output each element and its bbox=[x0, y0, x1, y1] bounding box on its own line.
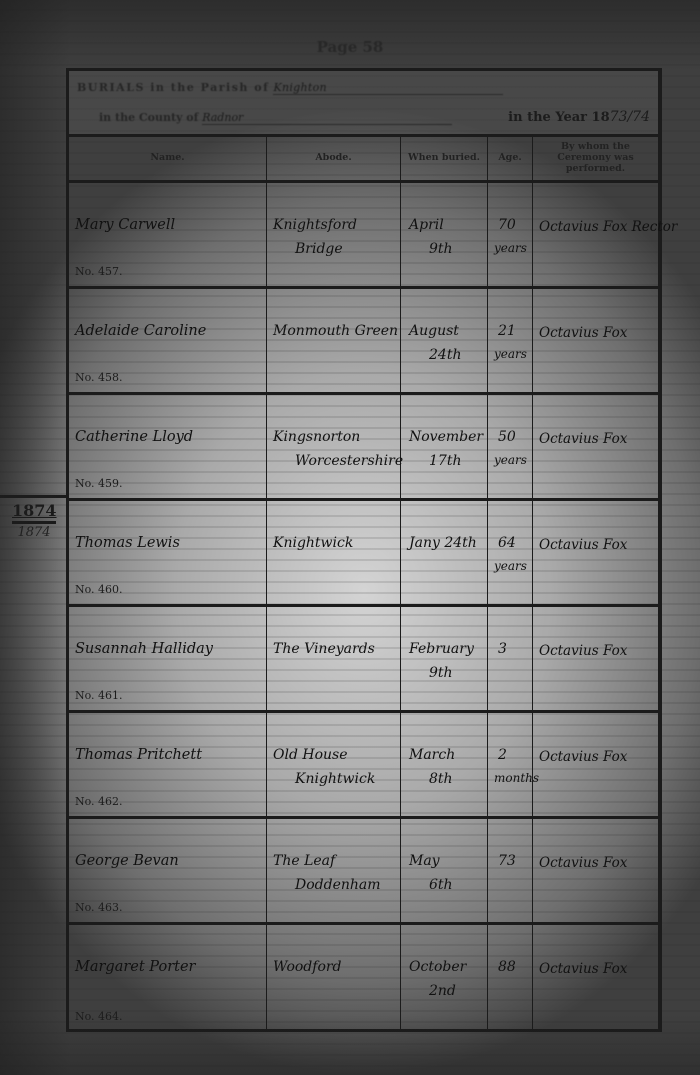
name-cell: Susannah Halliday No. 461. bbox=[69, 607, 267, 710]
entry-number: No. 459. bbox=[75, 477, 123, 490]
burial-day: 2nd bbox=[429, 983, 456, 999]
abode-cell: Old House Knightwick bbox=[267, 713, 401, 816]
abode-line-1: The Vineyards bbox=[273, 641, 375, 657]
officiant-cell: Octavius Fox bbox=[533, 607, 658, 710]
when-buried-cell: April 9th bbox=[401, 183, 488, 286]
abode-line-1: The Leaf bbox=[273, 853, 335, 869]
name-cell: Thomas Lewis No. 460. bbox=[69, 501, 267, 604]
entry-number: No. 463. bbox=[75, 901, 123, 914]
burial-month: October bbox=[409, 959, 466, 975]
margin-year-rule bbox=[12, 521, 56, 524]
when-buried-cell: October 2nd bbox=[401, 925, 488, 1031]
burial-register-table: BURIALS in the Parish of Knighton in the… bbox=[66, 68, 662, 1032]
officiant-name: Octavius Fox bbox=[539, 325, 627, 341]
officiant-name: Octavius Fox bbox=[539, 431, 627, 447]
officiant-cell: Octavius Fox bbox=[533, 713, 658, 816]
register-entry: Margaret Porter No. 464. Woodford Octobe… bbox=[69, 925, 658, 1031]
age-cell: 64 years bbox=[488, 501, 533, 604]
officiant-cell: Octavius Fox bbox=[533, 501, 658, 604]
name-cell: Thomas Pritchett No. 462. bbox=[69, 713, 267, 816]
age-cell: 3 bbox=[488, 607, 533, 710]
year-line: in the Year 1873/74 bbox=[508, 109, 650, 125]
abode-line-1: Kingsnorton bbox=[273, 429, 360, 445]
age-unit: years bbox=[494, 241, 527, 255]
register-entry: Catherine Lloyd No. 459. Kingsnorton Wor… bbox=[69, 395, 658, 501]
age-value: 88 bbox=[498, 959, 516, 975]
age-cell: 21 years bbox=[488, 289, 533, 392]
deceased-name: George Bevan bbox=[75, 853, 179, 869]
abode-line-1: Old House bbox=[273, 747, 348, 763]
age-unit: years bbox=[494, 347, 527, 361]
year-label: in the Year 18 bbox=[508, 110, 609, 125]
officiant-name: Octavius Fox bbox=[539, 961, 627, 977]
officiant-cell: Octavius Fox bbox=[533, 925, 658, 1031]
age-cell: 50 years bbox=[488, 395, 533, 498]
officiant-cell: Octavius Fox Rector bbox=[533, 183, 658, 286]
burial-day: 17th bbox=[429, 453, 461, 469]
entry-number: No. 460. bbox=[75, 583, 123, 596]
deceased-name: Mary Carwell bbox=[75, 217, 175, 233]
abode-line-1: Woodford bbox=[273, 959, 342, 975]
burial-month: November bbox=[409, 429, 483, 445]
deceased-name: Thomas Pritchett bbox=[75, 747, 202, 763]
when-buried-cell: February 9th bbox=[401, 607, 488, 710]
burial-month: May bbox=[409, 853, 440, 869]
officiant-name: Octavius Fox bbox=[539, 855, 627, 871]
register-entry: Thomas Lewis No. 460. Knightwick Jany 24… bbox=[69, 501, 658, 607]
deceased-name: Adelaide Caroline bbox=[75, 323, 206, 339]
burial-day: 24th bbox=[429, 347, 461, 363]
abode-line-1: Knightsford bbox=[273, 217, 357, 233]
entry-number: No. 464. bbox=[75, 1010, 123, 1023]
name-cell: Margaret Porter No. 464. bbox=[69, 925, 267, 1031]
county-line: in the County of Radnor bbox=[99, 111, 452, 125]
margin-divider bbox=[0, 495, 66, 498]
margin-year-annotation: 1874 1874 bbox=[12, 502, 56, 540]
parish-value: Knighton bbox=[273, 81, 326, 94]
officiant-cell: Octavius Fox bbox=[533, 395, 658, 498]
register-entry: Mary Carwell No. 457. Knightsford Bridge… bbox=[69, 183, 658, 289]
officiant-cell: Octavius Fox bbox=[533, 819, 658, 922]
burial-day: 8th bbox=[429, 771, 453, 787]
abode-line-2: Doddenham bbox=[295, 877, 381, 893]
deceased-name: Thomas Lewis bbox=[75, 535, 180, 551]
burial-day: 9th bbox=[429, 241, 453, 257]
burial-month: August bbox=[409, 323, 459, 339]
abode-line-2: Worcestershire bbox=[295, 453, 403, 469]
age-value: 50 bbox=[498, 429, 516, 445]
register-entry: Adelaide Caroline No. 458. Monmouth Gree… bbox=[69, 289, 658, 395]
age-value: 2 bbox=[498, 747, 507, 763]
year-value: 73/74 bbox=[610, 109, 650, 125]
column-header-when-buried: When buried. bbox=[401, 137, 488, 180]
abode-cell: The Vineyards bbox=[267, 607, 401, 710]
entry-number: No. 457. bbox=[75, 265, 123, 278]
abode-line-1: Monmouth Green bbox=[273, 323, 398, 339]
when-buried-cell: August 24th bbox=[401, 289, 488, 392]
age-cell: 88 bbox=[488, 925, 533, 1031]
abode-line-2: Knightwick bbox=[295, 771, 375, 787]
abode-cell: The Leaf Doddenham bbox=[267, 819, 401, 922]
age-cell: 70 years bbox=[488, 183, 533, 286]
county-value: Radnor bbox=[202, 111, 243, 124]
deceased-name: Susannah Halliday bbox=[75, 641, 213, 657]
entry-number: No. 462. bbox=[75, 795, 123, 808]
burial-month: February bbox=[409, 641, 474, 657]
when-buried-cell: May 6th bbox=[401, 819, 488, 922]
age-value: 73 bbox=[498, 853, 516, 869]
parish-line: BURIALS in the Parish of Knighton bbox=[77, 81, 503, 95]
age-cell: 73 bbox=[488, 819, 533, 922]
parish-label: BURIALS in the Parish of bbox=[77, 81, 269, 94]
register-entry: George Bevan No. 463. The Leaf Doddenham… bbox=[69, 819, 658, 925]
county-label: in the County of bbox=[99, 111, 198, 124]
officiant-name: Octavius Fox bbox=[539, 643, 627, 659]
officiant-name: Octavius Fox bbox=[539, 749, 627, 765]
age-unit: years bbox=[494, 453, 527, 467]
age-unit: years bbox=[494, 559, 527, 573]
register-entry: Thomas Pritchett No. 462. Old House Knig… bbox=[69, 713, 658, 819]
register-heading: BURIALS in the Parish of Knighton in the… bbox=[69, 71, 658, 137]
abode-cell: Kingsnorton Worcestershire bbox=[267, 395, 401, 498]
age-value: 3 bbox=[498, 641, 507, 657]
when-buried-cell: Jany 24th bbox=[401, 501, 488, 604]
officiant-name: Octavius Fox Rector bbox=[539, 219, 677, 235]
burial-day: 6th bbox=[429, 877, 453, 893]
abode-cell: Knightwick bbox=[267, 501, 401, 604]
entry-number: No. 458. bbox=[75, 371, 123, 384]
age-value: 21 bbox=[498, 323, 516, 339]
burial-month: April bbox=[409, 217, 444, 233]
when-buried-cell: November 17th bbox=[401, 395, 488, 498]
name-cell: Adelaide Caroline No. 458. bbox=[69, 289, 267, 392]
deceased-name: Catherine Lloyd bbox=[75, 429, 193, 445]
abode-line-2: Bridge bbox=[295, 241, 343, 257]
entry-number: No. 461. bbox=[75, 689, 123, 702]
burial-month: Jany 24th bbox=[409, 535, 477, 551]
register-entries: Mary Carwell No. 457. Knightsford Bridge… bbox=[69, 183, 658, 1031]
column-header-name: Name. bbox=[69, 137, 267, 180]
column-header-abode: Abode. bbox=[267, 137, 401, 180]
name-cell: Catherine Lloyd No. 459. bbox=[69, 395, 267, 498]
column-header-age: Age. bbox=[488, 137, 533, 180]
column-headers: Name. Abode. When buried. Age. By whom t… bbox=[69, 137, 658, 183]
abode-cell: Monmouth Green bbox=[267, 289, 401, 392]
officiant-name: Octavius Fox bbox=[539, 537, 627, 553]
name-cell: Mary Carwell No. 457. bbox=[69, 183, 267, 286]
officiant-cell: Octavius Fox bbox=[533, 289, 658, 392]
column-header-officiant: By whom the Ceremony was performed. bbox=[533, 137, 658, 180]
when-buried-cell: March 8th bbox=[401, 713, 488, 816]
margin-year-printed: 1874 bbox=[12, 502, 56, 520]
age-value: 70 bbox=[498, 217, 516, 233]
burial-day: 9th bbox=[429, 665, 453, 681]
age-cell: 2 months bbox=[488, 713, 533, 816]
name-cell: George Bevan No. 463. bbox=[69, 819, 267, 922]
page-number: Page 58 bbox=[0, 38, 700, 56]
abode-cell: Knightsford Bridge bbox=[267, 183, 401, 286]
margin-year-written: 1874 bbox=[12, 525, 56, 540]
deceased-name: Margaret Porter bbox=[75, 959, 195, 975]
age-value: 64 bbox=[498, 535, 516, 551]
abode-cell: Woodford bbox=[267, 925, 401, 1031]
burial-month: March bbox=[409, 747, 455, 763]
abode-line-1: Knightwick bbox=[273, 535, 353, 551]
register-entry: Susannah Halliday No. 461. The Vineyards… bbox=[69, 607, 658, 713]
